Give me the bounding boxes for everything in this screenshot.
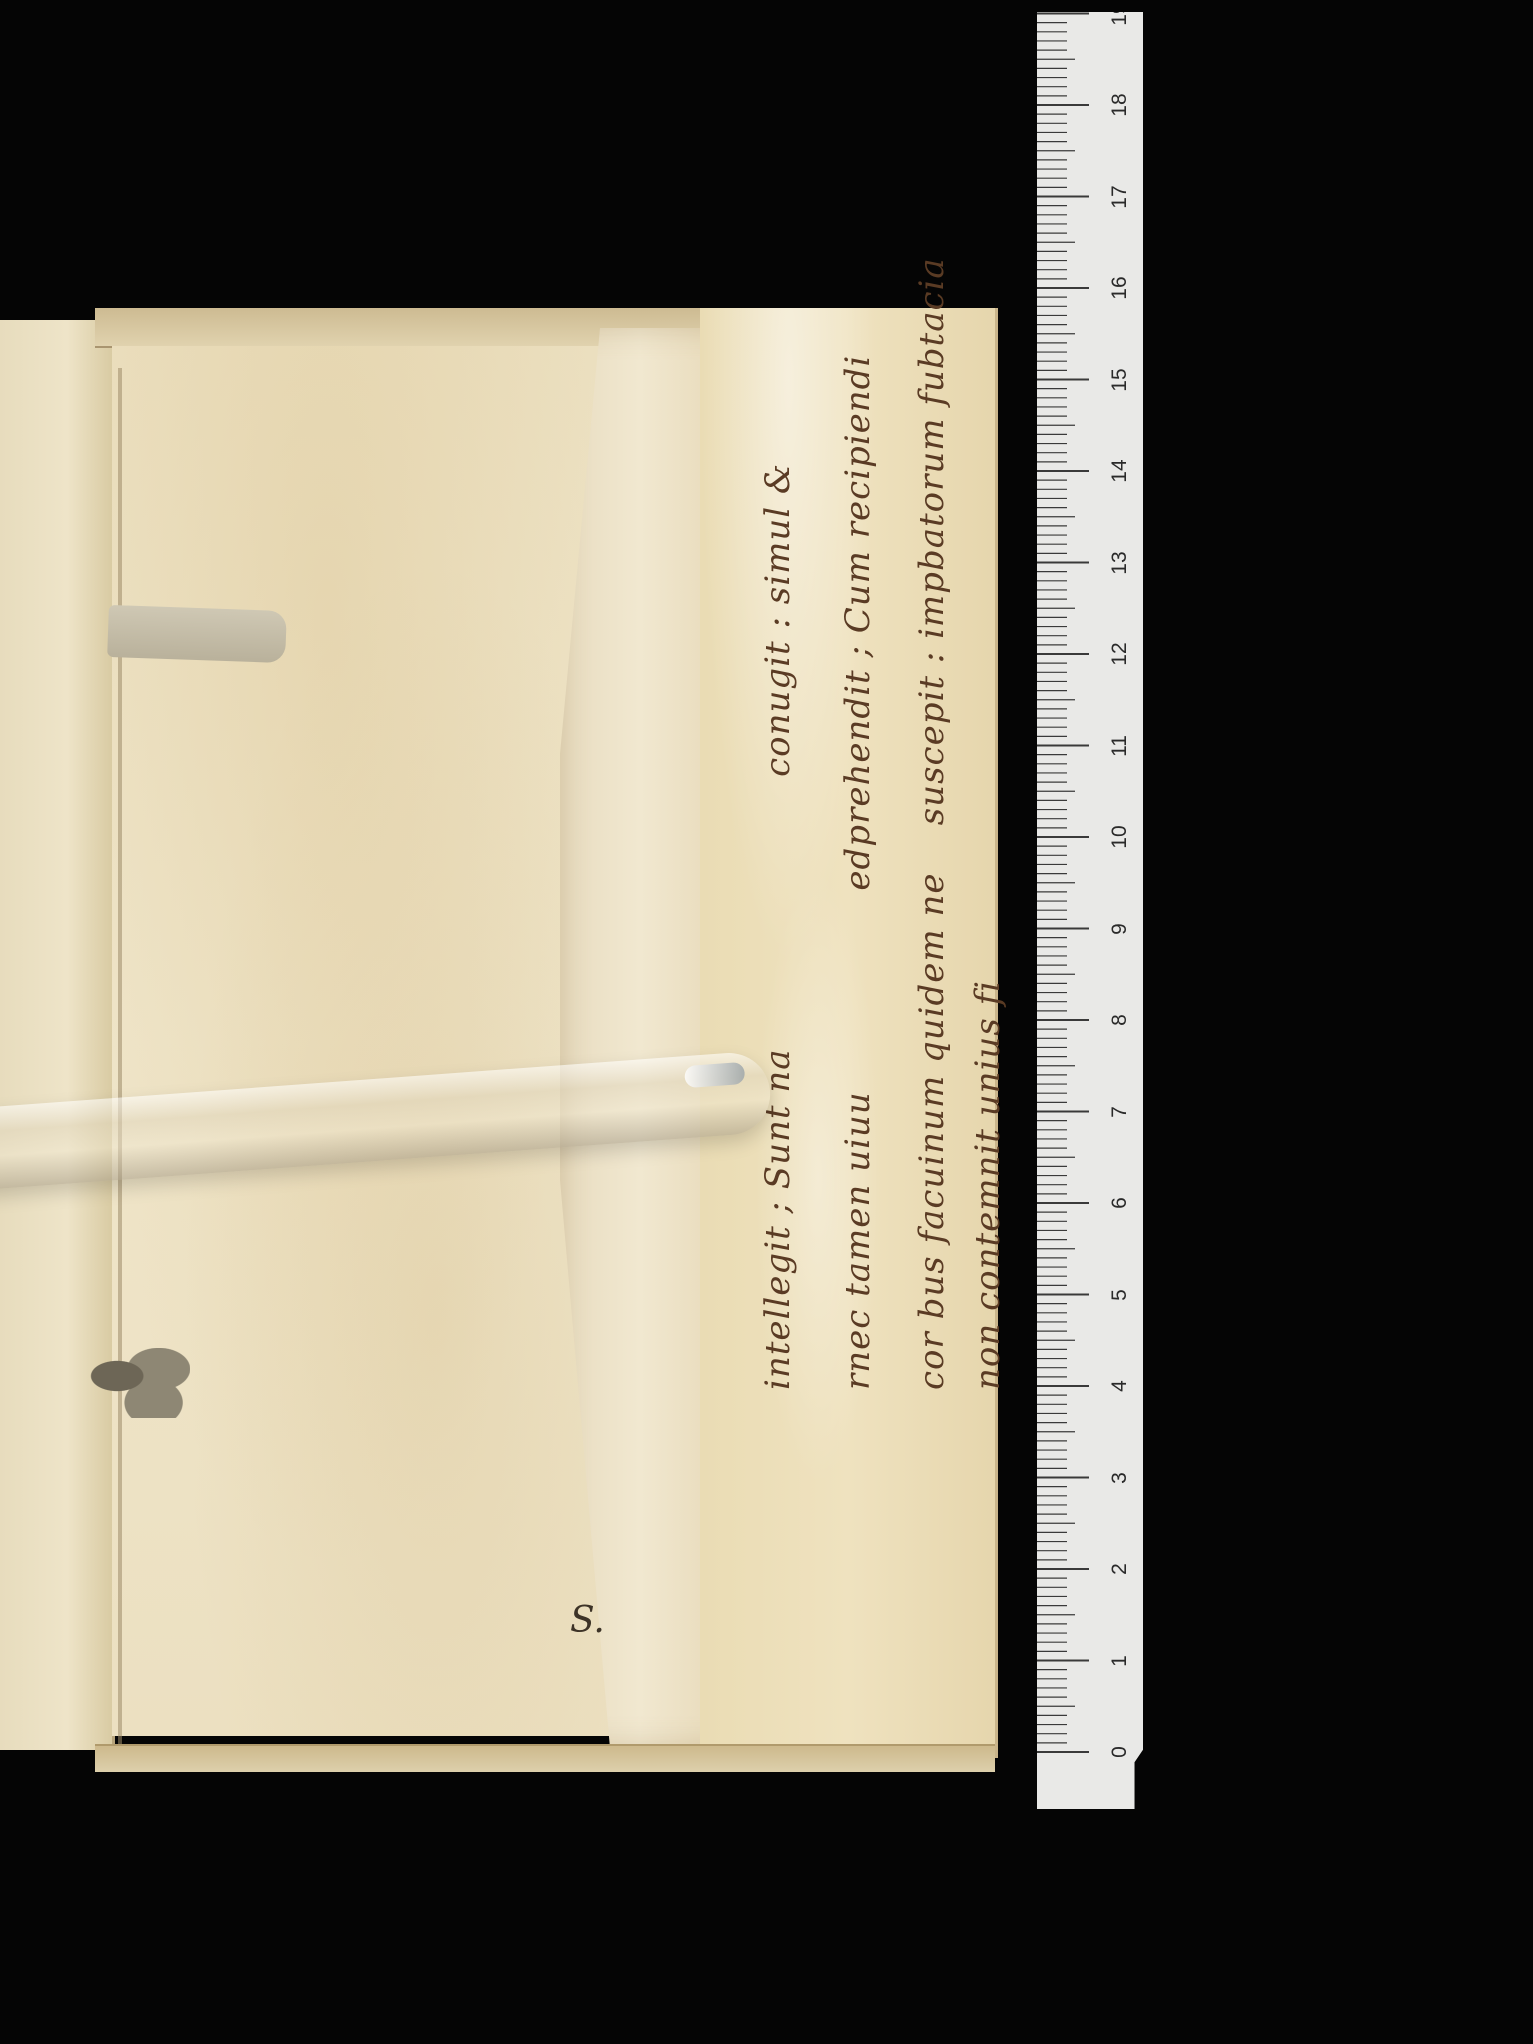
ruler-label-11: 11 <box>1108 731 1132 761</box>
manuscript-line-3: cor bus facuinum quidem ne suscepit : im… <box>912 330 952 1390</box>
ruler-label-13: 13 <box>1108 548 1132 578</box>
book-bottom-edge <box>95 1744 995 1772</box>
cm-ruler: 012345678910111213141516171819 <box>1037 12 1143 1809</box>
sewing-knot-stain <box>86 1348 190 1418</box>
ruler-label-8: 8 <box>1108 1005 1132 1035</box>
ruler-label-16: 16 <box>1108 273 1132 303</box>
ruler-label-10: 10 <box>1108 822 1132 852</box>
ruler-label-17: 17 <box>1108 182 1132 212</box>
ruler-label-12: 12 <box>1108 639 1132 669</box>
manuscript-upper-line-4: non contemnit unius fi <box>968 980 1008 1390</box>
ruler-label-2: 2 <box>1108 1554 1132 1584</box>
gutter-fold <box>118 368 122 1748</box>
signature-mark: S. <box>570 1600 605 1641</box>
manuscript-line-1: intellegit ; Sunt na conugit : simul & <box>758 330 798 1390</box>
ruler-label-3: 3 <box>1108 1463 1132 1493</box>
ruler-label-15: 15 <box>1108 365 1132 395</box>
rod-glint <box>684 1062 745 1088</box>
manuscript-upper-line-2: edprehendit ; Cum recipiendi <box>838 355 878 891</box>
manuscript-lower-line-2: rnec tamen uiuu <box>838 1091 878 1390</box>
ruler-label-5: 5 <box>1108 1280 1132 1310</box>
manuscript-line-4: non contemnit unius fi <box>968 330 1008 1390</box>
manuscript-lower-line-3: cor bus facuinum quidem ne <box>912 873 952 1391</box>
ruler-label-1: 1 <box>1108 1646 1132 1676</box>
manuscript-upper-line-3: suscepit : impbatorum fubtacia <box>912 257 952 825</box>
ruler-label-6: 6 <box>1108 1188 1132 1218</box>
ruler-label-14: 14 <box>1108 456 1132 486</box>
manuscript-line-2: rnec tamen uiuu edprehendit ; Cum recipi… <box>838 330 878 1390</box>
manuscript-upper-line-1: conugit : simul & <box>758 463 798 777</box>
ruler-label-4: 4 <box>1108 1371 1132 1401</box>
ruler-label-7: 7 <box>1108 1097 1132 1127</box>
ruler-label-19: 19 <box>1108 0 1132 29</box>
left-flyleaf <box>0 320 115 1750</box>
ruler-label-18: 18 <box>1108 90 1132 120</box>
ruler-label-0: 0 <box>1108 1737 1132 1767</box>
ruler-label-9: 9 <box>1108 914 1132 944</box>
parchment-tab-strip <box>107 605 287 663</box>
